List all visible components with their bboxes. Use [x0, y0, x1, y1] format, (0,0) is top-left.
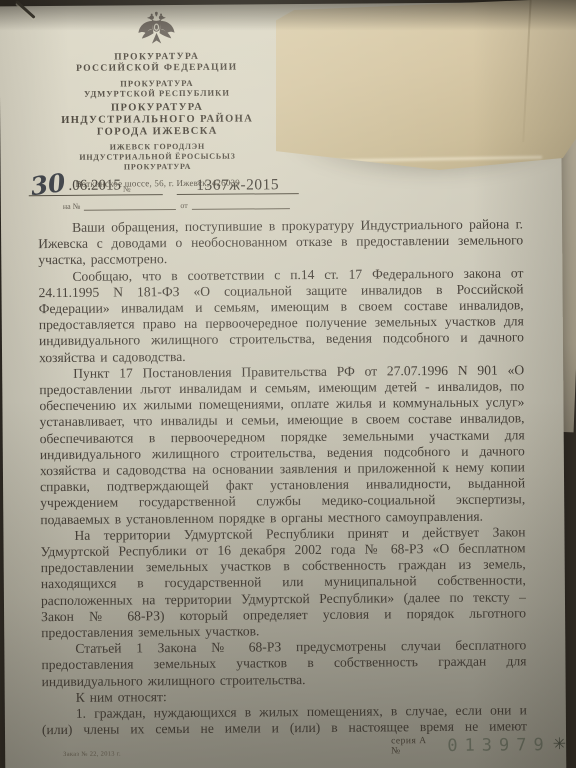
- outgoing-number-field: 1367ж-2015: [177, 176, 299, 195]
- blank-underline: [192, 200, 290, 210]
- blank-underline: [84, 201, 176, 211]
- photo-background: ПРОКУРАТУРА РОССИЙСКОЙ ФЕДЕРАЦИИ ПРОКУРА…: [0, 0, 576, 768]
- form-serial: серия А № 013979 ✳: [391, 735, 566, 756]
- outgoing-number: 1367ж-2015: [196, 176, 279, 194]
- coat-of-arms-icon: [133, 10, 179, 50]
- body-paragraph: Ваши обращения, поступившие в прокуратур…: [38, 216, 523, 268]
- letterhead-org-line: ИНДУСТРИАЛЬНОГО РАЙОНА: [26, 113, 288, 127]
- incoming-reference-line: на № от: [63, 200, 290, 211]
- date-field: 30 .06.2015 №: [29, 174, 163, 196]
- asterisk-icon: ✳: [553, 737, 567, 753]
- body-paragraph: Статьей 1 Закона № 68-РЗ предусмотрены с…: [41, 638, 526, 690]
- handwritten-date-day: 30: [30, 173, 67, 197]
- number-sign: №: [123, 184, 131, 194]
- print-order-note: Заказ № 22, 2013 г.: [63, 751, 121, 758]
- letterhead-org-line: ГОРОДА ИЖЕВСКА: [26, 125, 288, 139]
- letterhead-org-line: УДМУРТСКОЙ РЕСПУБЛИКИ: [26, 87, 288, 99]
- printed-date: .06.2015: [68, 177, 121, 194]
- folded-paper-overlay: [276, 0, 576, 170]
- serial-number: 013979: [447, 735, 551, 756]
- body-paragraph: Пункт 17 Постановления Правительства РФ …: [39, 362, 525, 528]
- letterhead: ПРОКУРАТУРА РОССИЙСКОЙ ФЕДЕРАЦИИ ПРОКУРА…: [25, 9, 288, 189]
- body-paragraph: На территории Удмуртской Республики прин…: [40, 524, 526, 641]
- reply-from-label: от: [180, 201, 187, 210]
- body-paragraph: Сообщаю, что в соответствии с п.14 ст. 1…: [38, 265, 524, 366]
- body-paragraph: 1. граждан, нуждающихся в жилых помещени…: [42, 702, 527, 738]
- letterhead-org-line: РОССИЙСКОЙ ФЕДЕРАЦИИ: [26, 62, 288, 75]
- series-label: серия А №: [391, 736, 435, 756]
- document-body: Ваши обращения, поступившие в прокуратур…: [38, 216, 527, 738]
- reply-prefix-label: на №: [63, 202, 81, 211]
